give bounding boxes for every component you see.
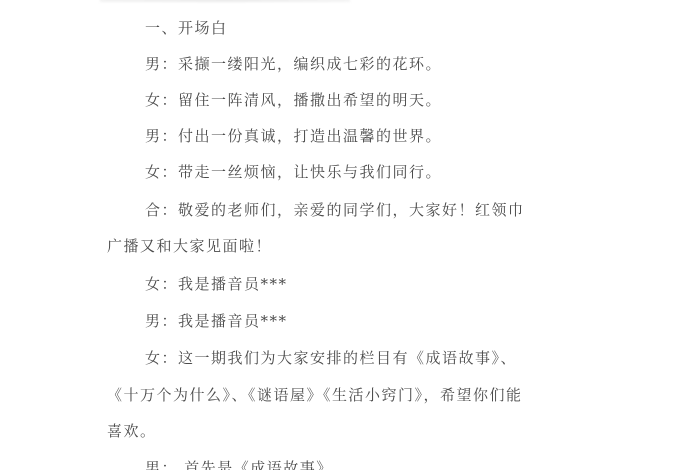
dialogue-line-continued: 《十万个为什么》、《谜语屋》《生活小窍门》，希望你们能 [107, 384, 523, 405]
dialogue-line: 女：这一期我们为大家安排的栏目有《成语故事》、 [145, 347, 517, 368]
dialogue-line: 女：我是播音员*** [145, 273, 288, 294]
section-heading: 一、开场白 [145, 17, 228, 38]
dialogue-line: 合：敬爱的老师们，亲爱的同学们，大家好！红领巾 [145, 199, 525, 220]
dialogue-line-continued: 喜欢。 [107, 420, 157, 441]
document-page: 一、开场白 男：采撷一缕阳光，编织成七彩的花环。 女：留住一阵清风，播撒出希望的… [0, 0, 700, 470]
dialogue-line: 女：留住一阵清风，播撒出希望的明天。 [145, 89, 442, 110]
dialogue-line: 女：带走一丝烦恼，让快乐与我们同行。 [145, 161, 442, 182]
dialogue-line: 男： 首先是《成语故事》 [145, 457, 333, 470]
dialogue-line: 男：我是播音员*** [145, 310, 288, 331]
dialogue-line: 男：付出一份真诚，打造出温馨的世界。 [145, 125, 442, 146]
dialogue-line-continued: 广播又和大家见面啦！ [107, 235, 272, 256]
dialogue-line: 男：采撷一缕阳光，编织成七彩的花环。 [145, 53, 442, 74]
cut-off-text-line [100, 0, 350, 2]
